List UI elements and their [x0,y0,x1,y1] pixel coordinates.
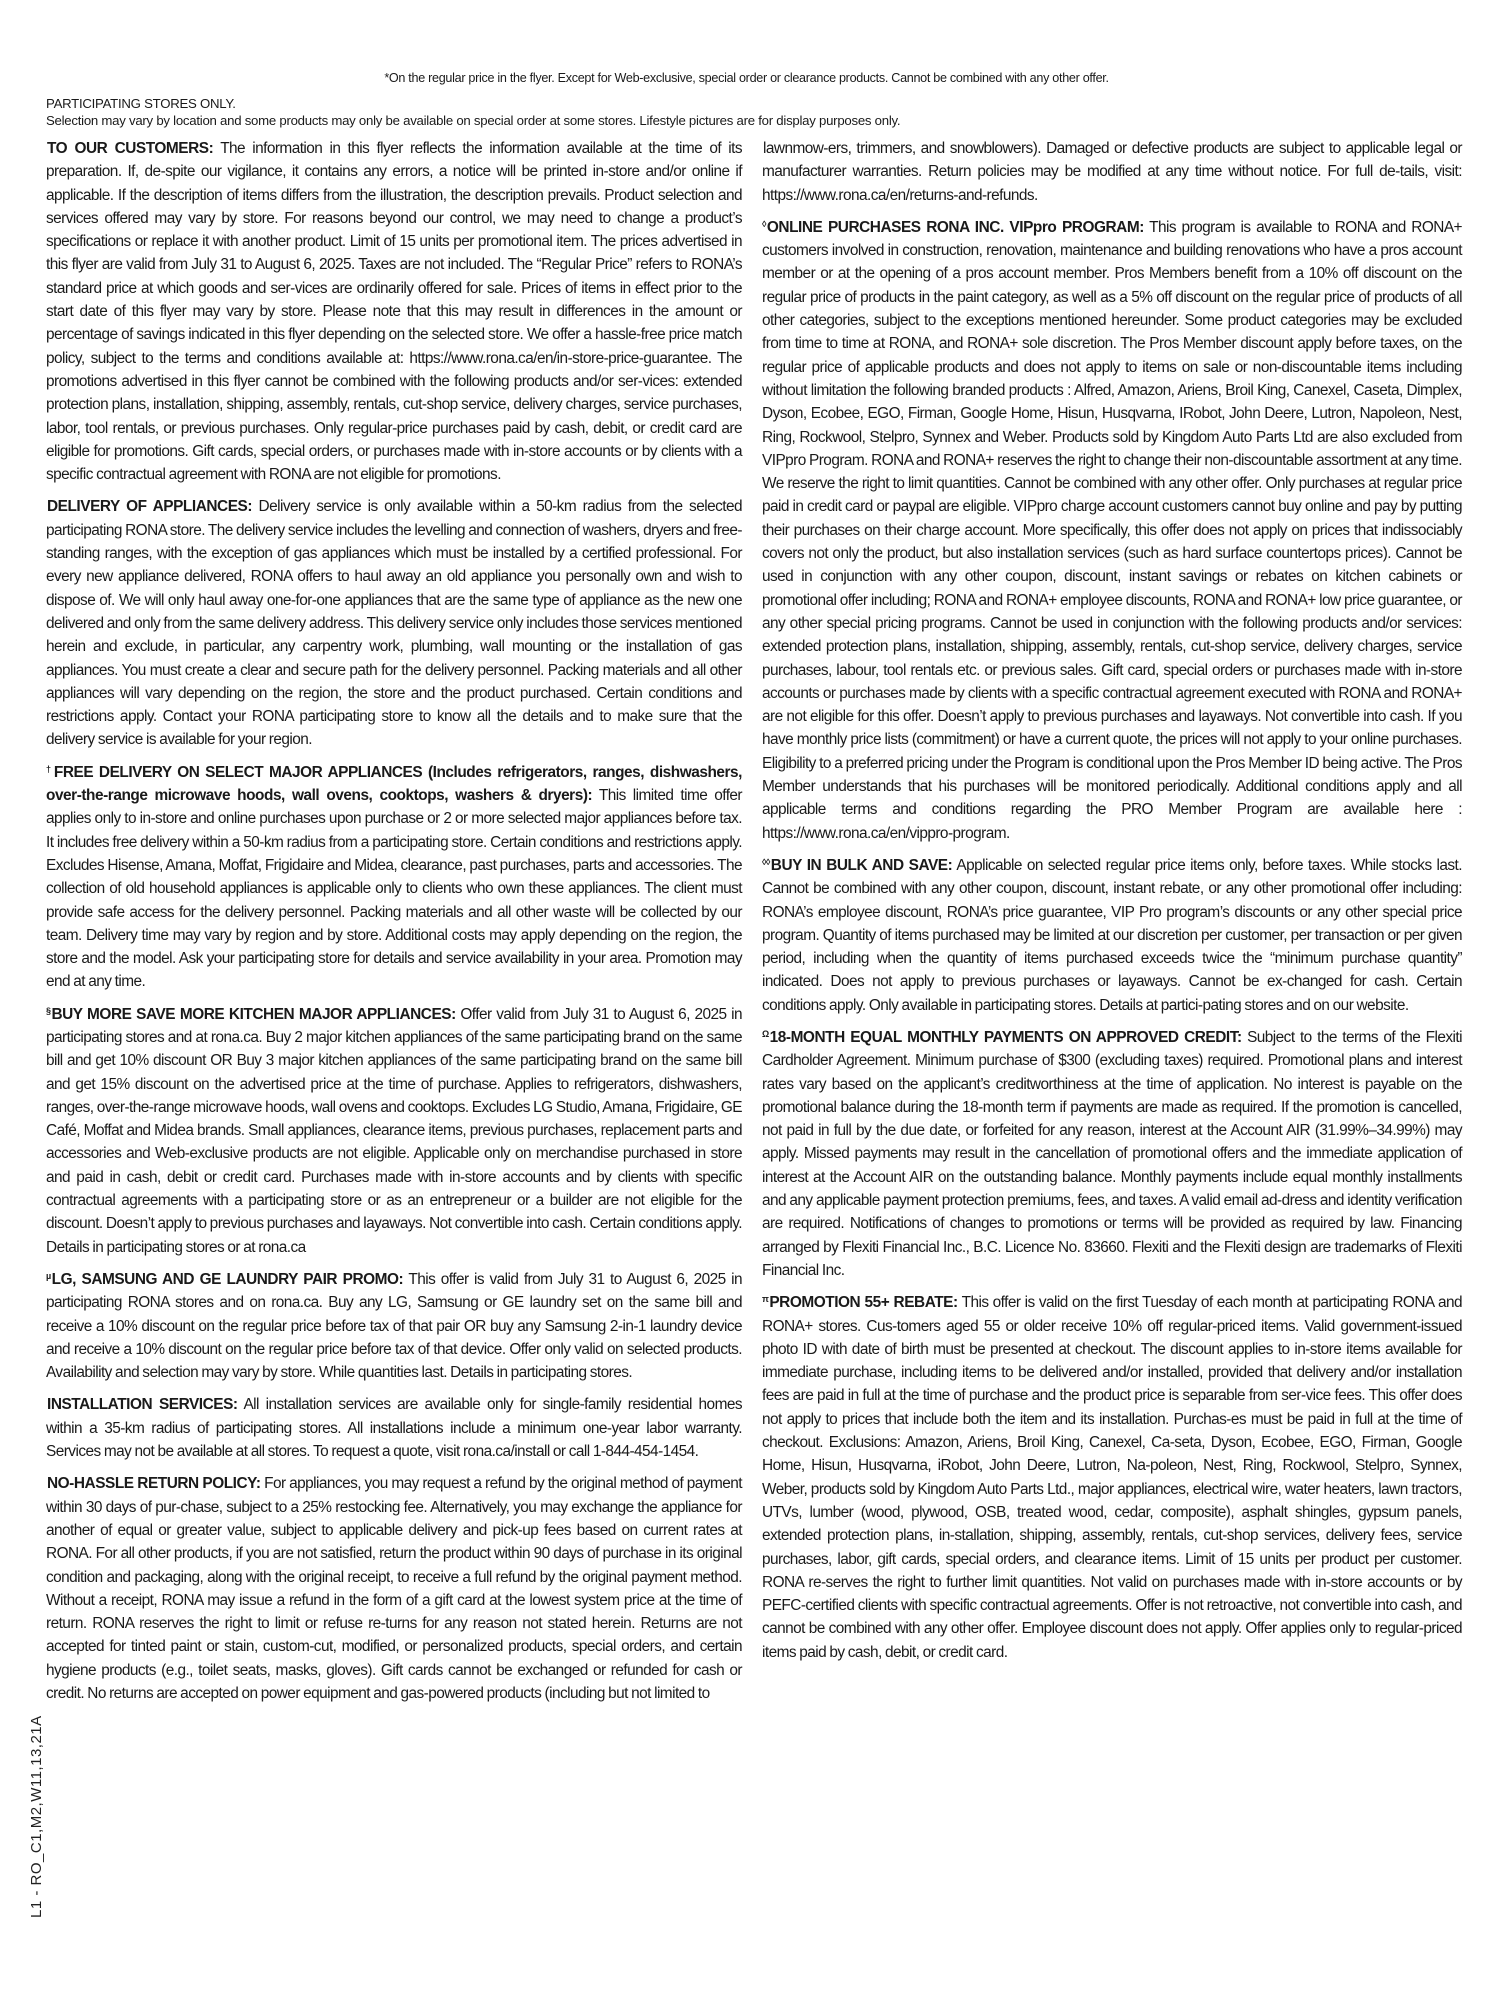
section-body: Subject to the terms of the Flexiti Card… [762,1029,1462,1279]
section-title: INSTALLATION SERVICES: [47,1396,238,1413]
section-body: For appliances, you may request a refund… [46,1475,742,1702]
section-title: DELIVERY OF APPLIANCES: [47,498,252,515]
section-buy-more-save-more: §BUY MORE SAVE MORE KITCHEN MAJOR APPLIA… [46,1000,742,1259]
right-column: lawnmow-ers, trimmers, and snowblowers).… [762,134,1462,1711]
section-laundry-pair-promo: µLG, SAMSUNG AND GE LAUNDRY PAIR PROMO: … [46,1265,742,1384]
print-code-vertical: L1 - RO_C1,M2,W11,13,21A [28,1715,45,1918]
footnote-symbol: Ω [762,1029,769,1039]
header-block: PARTICIPATING STORES ONLY. Selection may… [46,95,1466,129]
legal-columns: TO OUR CUSTOMERS: The information in thi… [46,134,1462,1711]
section-title: TO OUR CUSTOMERS: [47,140,213,157]
section-body: This offer is valid on the first Tuesday… [762,1294,1462,1660]
participating-stores-line: PARTICIPATING STORES ONLY. [46,95,1466,112]
footnote-symbol: § [46,1006,50,1016]
section-to-our-customers: TO OUR CUSTOMERS: The information in thi… [46,134,742,486]
section-18-month-payments: Ω18-MONTH EQUAL MONTHLY PAYMENTS ON APPR… [762,1023,1462,1282]
section-body: Applicable on selected regular price ite… [762,857,1462,1014]
footnote-symbol: π [762,1294,768,1304]
section-promotion-55-rebate: πPROMOTION 55+ REBATE: This offer is val… [762,1288,1462,1664]
section-body: This limited time offer applies only to … [46,787,742,990]
section-body: lawnmow-ers, trimmers, and snowblowers).… [762,140,1462,204]
section-body: The information in this flyer reflects t… [46,140,742,483]
section-title: BUY IN BULK AND SAVE: [771,857,952,874]
section-return-policy: NO-HASSLE RETURN POLICY: For appliances,… [46,1469,742,1705]
left-column: TO OUR CUSTOMERS: The information in thi… [46,134,742,1711]
section-body: Offer valid from July 31 to August 6, 20… [46,1006,742,1256]
section-title: BUY MORE SAVE MORE KITCHEN MAJOR APPLIAN… [51,1006,455,1023]
section-delivery-of-appliances: DELIVERY OF APPLIANCES: Delivery service… [46,492,742,751]
selection-note-line: Selection may vary by location and some … [46,112,1466,129]
footnote-symbol: † [46,764,53,774]
footnote-symbol: ◊◊ [762,857,770,867]
section-return-policy-continued: lawnmow-ers, trimmers, and snowblowers).… [762,134,1462,207]
section-buy-in-bulk: ◊◊BUY IN BULK AND SAVE: Applicable on se… [762,851,1462,1017]
section-title: ONLINE PURCHASES RONA INC. VIPpro PROGRA… [767,219,1144,236]
section-vippro-program: ◊ONLINE PURCHASES RONA INC. VIPpro PROGR… [762,213,1462,845]
section-installation-services: INSTALLATION SERVICES: All installation … [46,1390,742,1463]
footnote-symbol: µ [46,1271,51,1281]
section-body: Delivery service is only available withi… [46,498,742,748]
section-title: LG, SAMSUNG AND GE LAUNDRY PAIR PROMO: [52,1271,404,1288]
section-title: PROMOTION 55+ REBATE: [769,1294,957,1311]
footnote-symbol: ◊ [762,219,766,229]
section-free-delivery: †FREE DELIVERY ON SELECT MAJOR APPLIANCE… [46,758,742,994]
section-body: This program is available to RONA and RO… [762,219,1462,842]
section-title: 18-MONTH EQUAL MONTHLY PAYMENTS ON APPRO… [770,1029,1242,1046]
top-disclaimer-note: *On the regular price in the flyer. Exce… [0,71,1493,85]
section-title: NO-HASSLE RETURN POLICY: [47,1475,261,1492]
